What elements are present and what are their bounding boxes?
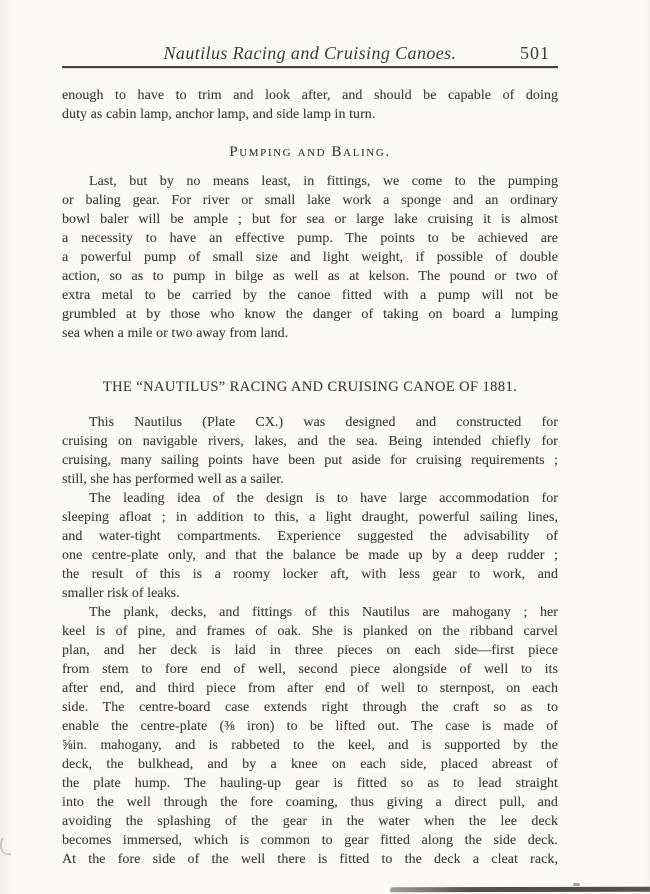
text-line: into the well through the fore coaming, … — [62, 793, 558, 812]
text-line: side. The centre-board case extends righ… — [62, 698, 558, 717]
text-line: deck, the bulkhead, and by a knee on eac… — [62, 755, 558, 774]
text-line: sea when a mile or two away from land. — [62, 324, 558, 343]
paragraph: The plank, decks, and fittings of this N… — [62, 603, 558, 869]
text-line: keel is of pine, and frames of oak. She … — [62, 622, 558, 641]
text-line: the plate hump. The hauling-up gear is f… — [62, 774, 558, 793]
scan-shadow-bottom — [390, 887, 650, 893]
scan-mark-left-edge — [0, 835, 11, 855]
text-line: bowl baler will be ample ; but for sea o… — [62, 210, 558, 229]
section-heading: THE “NAUTILUS” RACING AND CRUISING CANOE… — [62, 378, 558, 397]
text-line: sleeping afloat ; in addition to this, a… — [62, 508, 558, 527]
text-line: or baling gear. For river or small lake … — [62, 191, 558, 210]
page-number: 501 — [520, 42, 550, 64]
text-line: The leading idea of the design is to hav… — [62, 489, 558, 508]
scan-speck — [573, 883, 580, 886]
text-line: enough to have to trim and look after, a… — [62, 86, 558, 105]
text-line: after end, and third piece from after en… — [62, 679, 558, 698]
text-line: plan, and her deck is laid in three piec… — [62, 641, 558, 660]
text-line: from stem to fore end of well, second pi… — [62, 660, 558, 679]
text-line: action, so as to pump in bilge as well a… — [62, 267, 558, 286]
text-line: becomes immersed, which is common to gea… — [62, 831, 558, 850]
text-line: a necessity to have an effective pump. T… — [62, 229, 558, 248]
text-block: Nautilus Racing and Cruising Canoes. 501… — [62, 0, 558, 869]
text-line: ⅝in. mahogany, and is rabbeted to the ke… — [62, 736, 558, 755]
text-line: cruising, many sailing points have been … — [62, 451, 558, 470]
text-line: This Nautilus (Plate CX.) was designed a… — [62, 413, 558, 432]
paragraph: This Nautilus (Plate CX.) was designed a… — [62, 413, 558, 489]
text-line: The plank, decks, and fittings of this N… — [62, 603, 558, 622]
text-line: the result of this is a roomy locker aft… — [62, 565, 558, 584]
text-line: Last, but by no means least, in fittings… — [62, 172, 558, 191]
text-line: avoiding the splashing of the gear in th… — [62, 812, 558, 831]
text-line: grumbled at by those who know the danger… — [62, 305, 558, 324]
book-page: Nautilus Racing and Cruising Canoes. 501… — [0, 0, 650, 894]
text-line: cruising on navigable rivers, lakes, and… — [62, 432, 558, 451]
page-content: enough to have to trim and look after, a… — [62, 86, 558, 869]
text-line: and water-tight compartments. Experience… — [62, 527, 558, 546]
text-line: extra metal to be carried by the canoe f… — [62, 286, 558, 305]
text-line: smaller risk of leaks. — [62, 584, 558, 603]
text-line: a powerful pump of small size and light … — [62, 248, 558, 267]
running-title: Nautilus Racing and Cruising Canoes. — [62, 42, 558, 64]
text-line: enable the centre-plate (⅜ iron) to be l… — [62, 717, 558, 736]
text-line: duty as cabin lamp, anchor lamp, and sid… — [62, 105, 558, 124]
header-rule — [62, 66, 558, 68]
text-line: still, she has performed well as a saile… — [62, 470, 558, 489]
page-header: Nautilus Racing and Cruising Canoes. 501 — [62, 42, 558, 64]
paragraph: The leading idea of the design is to hav… — [62, 489, 558, 603]
section-subheading: Pumping and Baling. — [62, 143, 558, 162]
paragraph: Last, but by no means least, in fittings… — [62, 172, 558, 343]
paragraph: enough to have to trim and look after, a… — [62, 86, 558, 124]
text-line: one centre-plate only, and that the bala… — [62, 546, 558, 565]
text-line: At the fore side of the well there is fi… — [62, 850, 558, 869]
